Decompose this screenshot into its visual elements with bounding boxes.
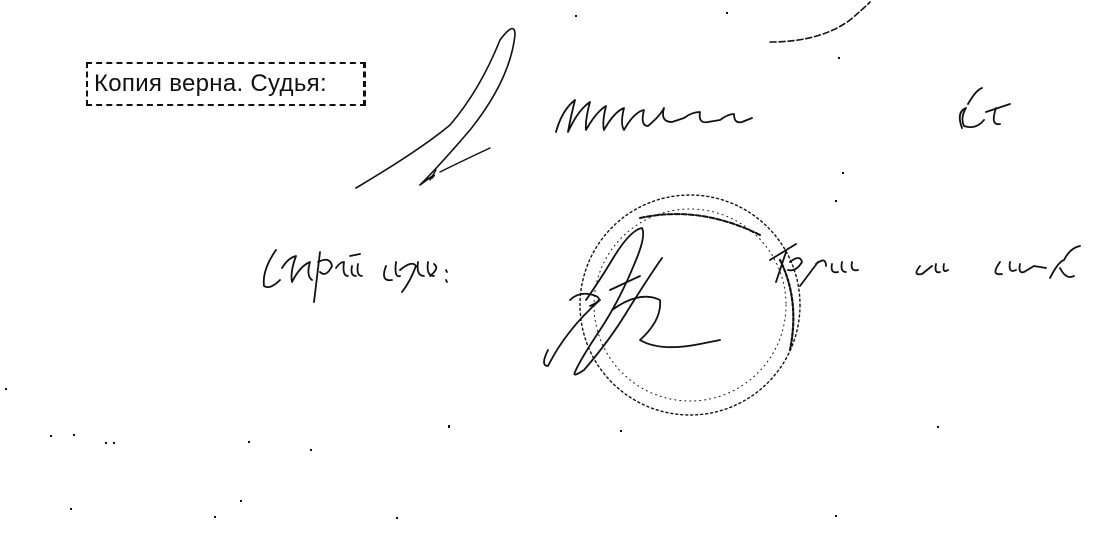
judge-surname-script xyxy=(556,100,752,132)
secretary-surname-script xyxy=(770,244,1080,286)
scanned-document-page: Копия верна. Судья: Мишонен Ег Секретарь… xyxy=(0,0,1108,544)
ink-layer xyxy=(0,0,1108,544)
round-seal xyxy=(580,195,800,415)
secretary-signature xyxy=(574,228,662,375)
secretary-label-script xyxy=(264,250,447,302)
judge-signature-flourish xyxy=(356,29,515,188)
top-seal-arc xyxy=(770,2,870,42)
